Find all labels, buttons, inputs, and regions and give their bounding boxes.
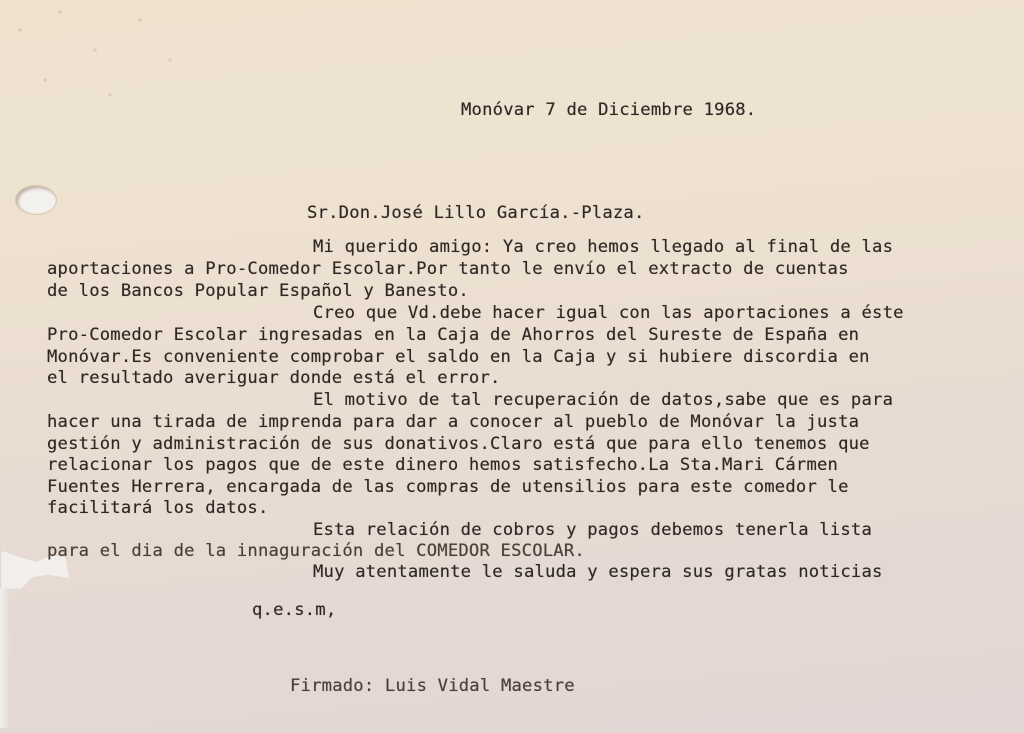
recipient: Sr.Don.José Lillo García.-Plaza. <box>307 203 645 223</box>
body-line: Monóvar.Es conveniente comprobar el sald… <box>47 347 870 367</box>
body-line: Creo que Vd.debe hacer igual con las apo… <box>313 303 904 323</box>
body-line: gestión y administración de sus donativo… <box>47 434 870 454</box>
paper-edge <box>0 588 10 728</box>
closing: q.e.s.m, <box>252 600 336 620</box>
signature: Firmado: Luis Vidal Maestre <box>290 676 575 696</box>
body-line: aportaciones a Pro-Comedor Escolar.Por t… <box>47 259 849 279</box>
paper-stains <box>0 0 260 150</box>
body-line: para el dia de la innaguración del COMED… <box>47 541 585 561</box>
place-date: Monóvar 7 de Diciembre 1968. <box>461 100 756 120</box>
body-line: El motivo de tal recuperación de datos,s… <box>313 390 893 410</box>
punch-hole <box>16 186 56 214</box>
letter-paper: Monóvar 7 de Diciembre 1968. Sr.Don.José… <box>0 0 1024 733</box>
body-line: el resultado averiguar donde está el err… <box>47 368 501 388</box>
body-line: hacer una tirada de imprenda para dar a … <box>47 412 859 432</box>
body-line: Mi querido amigo: Ya creo hemos llegado … <box>313 237 893 257</box>
body-line: Esta relación de cobros y pagos debemos … <box>313 520 872 540</box>
body-line: Fuentes Herrera, encargada de las compra… <box>47 477 849 497</box>
body-line: relacionar los pagos que de este dinero … <box>47 455 838 475</box>
body-line: Muy atentamente le saluda y espera sus g… <box>313 562 883 582</box>
body-line: de los Bancos Popular Español y Banesto. <box>47 281 469 301</box>
body-line: facilitará los datos. <box>47 498 269 518</box>
body-line: Pro-Comedor Escolar ingresadas en la Caj… <box>47 325 859 345</box>
